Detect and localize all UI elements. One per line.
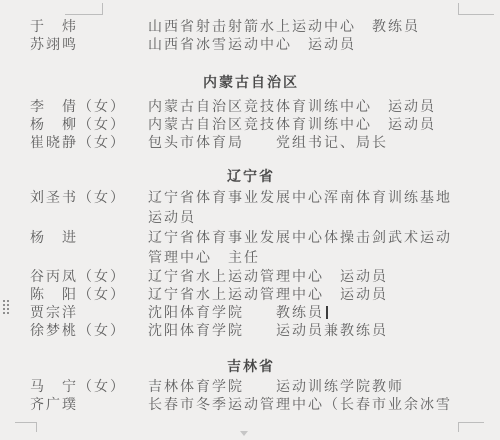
section-header-neimenggu[interactable]: 内蒙古自治区	[30, 75, 472, 93]
affiliation-role: 长春市冬季运动管理中心（长春市业余冰雪	[148, 397, 472, 415]
affiliation-role: 内蒙古自治区竞技体育训练中心 运动员	[148, 99, 472, 117]
affiliation-role: 沈阳体育学院 运动员兼教练员	[148, 323, 472, 341]
entry-row[interactable]: 马 宁（女） 吉林体育学院 运动训练学院教师	[30, 379, 472, 397]
section-header-liaoning[interactable]: 辽宁省	[30, 169, 472, 187]
person-name: 谷丙凤（女）	[30, 269, 148, 287]
affiliation-role: 吉林体育学院 运动训练学院教师	[148, 379, 472, 397]
entry-row[interactable]: 杨 进 辽宁省体育事业发展中心体操击剑武术运动 管理中心 主任	[30, 229, 472, 269]
affiliation-role: 辽宁省水上运动管理中心 运动员	[148, 287, 472, 305]
margin-crop-mark-bottom-right-icon	[458, 422, 484, 432]
entry-row[interactable]: 齐广璞 长春市冬季运动管理中心（长春市业余冰雪	[30, 397, 472, 415]
person-name: 杨 进	[30, 229, 148, 249]
affiliation-role: 沈阳体育学院 教练员	[148, 306, 324, 321]
person-name: 刘圣书（女）	[30, 189, 148, 209]
person-name: 苏翊鸣	[30, 37, 148, 55]
affiliation: 辽宁省体育事业发展中心浑南体育训练基地	[148, 189, 472, 209]
entry-row[interactable]: 陈 阳（女） 辽宁省水上运动管理中心 运动员	[30, 287, 472, 305]
section-header-jilin[interactable]: 吉林省	[30, 359, 472, 377]
person-name: 杨 柳（女）	[30, 117, 148, 135]
person-name: 陈 阳（女）	[30, 287, 148, 305]
entry-row[interactable]: 杨 柳（女） 内蒙古自治区竞技体育训练中心 运动员	[30, 117, 472, 135]
affiliation-role: 辽宁省水上运动管理中心 运动员	[148, 269, 472, 287]
person-name: 崔晓静（女）	[30, 135, 148, 153]
affiliation-role: 内蒙古自治区竞技体育训练中心 运动员	[148, 117, 472, 135]
margin-crop-mark-bottom-left-icon	[15, 422, 37, 432]
entry-row[interactable]: 李 倩（女） 内蒙古自治区竞技体育训练中心 运动员	[30, 99, 472, 117]
entry-row[interactable]: 刘圣书（女） 辽宁省体育事业发展中心浑南体育训练基地 运动员	[30, 189, 472, 229]
page-scroll-hint-icon	[240, 431, 248, 436]
person-name: 贾宗洋	[30, 305, 148, 323]
entry-row[interactable]: 苏翊鸣 山西省冰雪运动中心 运动员	[30, 37, 472, 55]
person-name: 李 倩（女）	[30, 99, 148, 117]
margin-crop-mark-top-left-icon	[65, 3, 103, 15]
entry-row[interactable]: 贾宗洋 沈阳体育学院 教练员	[30, 305, 472, 323]
margin-crop-mark-top-right-icon	[458, 3, 494, 15]
role: 运动员	[148, 209, 472, 229]
text-cursor-icon	[326, 306, 328, 319]
affiliation-role: 山西省射击射箭水上运动中心 教练员	[148, 19, 472, 37]
person-name: 马 宁（女）	[30, 379, 148, 397]
affiliation-role: 山西省冰雪运动中心 运动员	[148, 37, 472, 55]
entry-row[interactable]: 崔晓静（女） 包头市体育局 党组书记、局长	[30, 135, 472, 153]
entry-row[interactable]: 谷丙凤（女） 辽宁省水上运动管理中心 运动员	[30, 269, 472, 287]
affiliation: 辽宁省体育事业发展中心体操击剑武术运动	[148, 229, 472, 249]
entry-row[interactable]: 徐梦桃（女） 沈阳体育学院 运动员兼教练员	[30, 323, 472, 341]
person-name: 徐梦桃（女）	[30, 323, 148, 341]
document-page: 于 炜 山西省射击射箭水上运动中心 教练员 苏翊鸣 山西省冰雪运动中心 运动员 …	[0, 0, 500, 440]
document-body[interactable]: 于 炜 山西省射击射箭水上运动中心 教练员 苏翊鸣 山西省冰雪运动中心 运动员 …	[0, 0, 500, 415]
entry-row[interactable]: 于 炜 山西省射击射箭水上运动中心 教练员	[30, 19, 472, 37]
person-name: 齐广璞	[30, 397, 148, 415]
paragraph-drag-handle-icon[interactable]	[3, 300, 5, 302]
role: 管理中心 主任	[148, 249, 472, 269]
person-name: 于 炜	[30, 19, 148, 37]
affiliation-role: 包头市体育局 党组书记、局长	[148, 135, 472, 153]
